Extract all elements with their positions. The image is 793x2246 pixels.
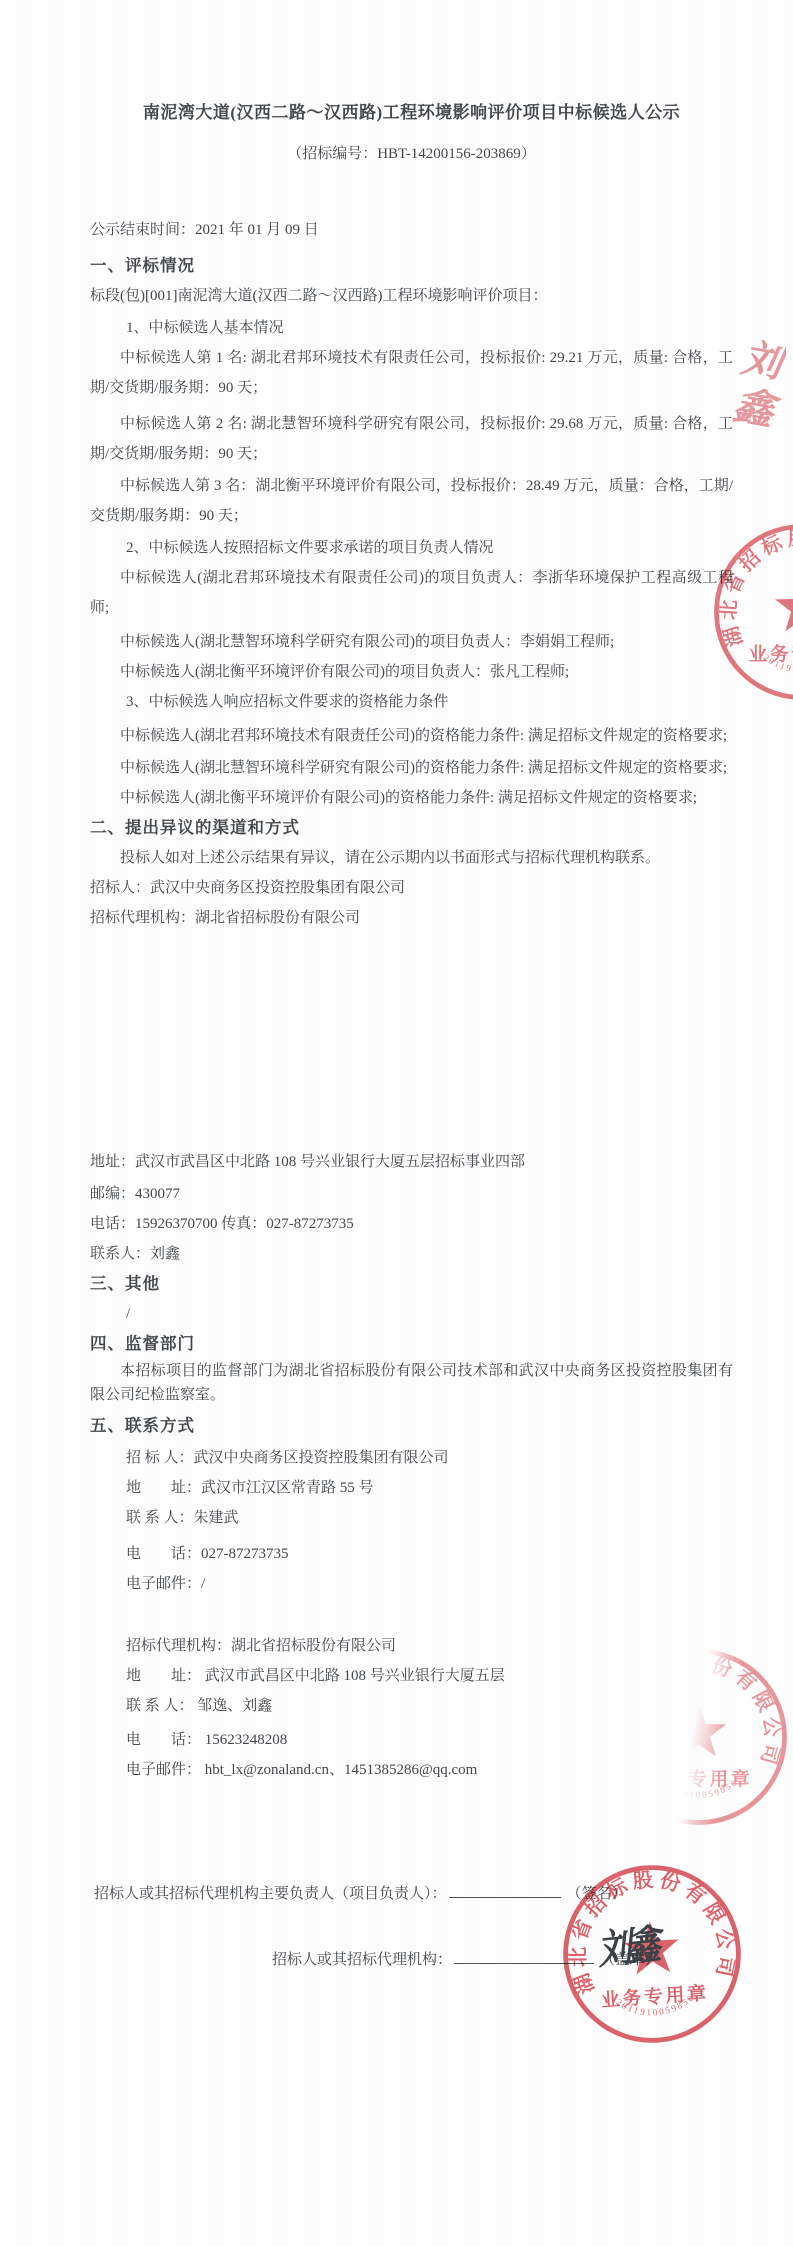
section-2-heading: 二、提出异议的渠道和方式 [90,813,733,843]
section-3-content: / [90,1299,733,1329]
svg-text:湖北省招标股份有限公司: 湖北省招标股份有限公司 [717,527,793,650]
sign-line-label: 招标人或其招标代理机构主要负责人（项目负责人）： [94,1886,447,1902]
qualification-1: 中标候选人(湖北君邦环境技术有限责任公司)的资格能力条件: 满足招标文件规定的资… [90,721,733,751]
publicity-end-time: 公示结束时间：2021 年 01 月 09 日 [90,215,733,245]
item-3-heading: 3、中标候选人响应招标文件要求的资格能力条件 [90,687,733,717]
candidate-3: 中标候选人第 3 名：湖北衡平环境评价有限公司，投标报价：28.49 万元，质量… [90,471,733,531]
seal-company-text: 湖北省招标股份有限公司 [717,527,793,650]
candidate-1: 中标候选人第 1 名: 湖北君邦环境技术有限责任公司，投标报价: 29.21 万… [90,343,733,403]
section-4-heading: 四、监督部门 [90,1329,733,1359]
contact-tenderer-name: 招 标 人：武汉中央商务区投资控股集团有限公司 [90,1443,733,1473]
agency-postcode-line: 邮编：430077 [90,1179,733,1209]
tenderer-line: 招标人：武汉中央商务区投资控股集团有限公司 [90,873,733,903]
agency-address-line: 地址：武汉市武昌区中北路 108 号兴业银行大厦五层招标事业四部 [90,1147,733,1177]
agency-phone-fax-line: 电话：15926370700 传真：027-87273735 [90,1209,733,1239]
candidate-2: 中标候选人第 2 名: 湖北慧智环境科学研究有限公司，投标报价: 29.68 万… [90,409,733,469]
tender-number: （招标编号：HBT-14200156-203869） [90,141,733,167]
qualification-3: 中标候选人(湖北衡平环境评价有限公司)的资格能力条件: 满足招标文件规定的资格要… [90,783,733,813]
signature-blank [449,1883,561,1898]
company-seal-partial-bottom: 湖北省招标股份有限公司 业务专用章 42011910059850 [604,1642,793,1832]
item-1-heading: 1、中标候选人基本情况 [90,313,733,343]
project-manager-2: 中标候选人(湖北慧智环境科学研究有限公司)的项目负责人：李娟娟工程师; [90,627,733,657]
agency-line: 招标代理机构：湖北省招标股份有限公司 [90,903,733,933]
contact-tenderer-email: 电子邮件：/ [90,1569,733,1599]
project-manager-3: 中标候选人(湖北衡平环境评价有限公司)的项目负责人：张凡工程师; [90,657,733,687]
contact-tenderer-phone: 电 话：027-87273735 [90,1539,733,1569]
document-page: 南泥湾大道(汉西二路～汉西路)工程环境影响评价项目中标候选人公示 （招标编号：H… [0,0,793,2246]
item-2-heading: 2、中标候选人按照招标文件要求承诺的项目负责人情况 [90,533,733,563]
doc-title: 南泥湾大道(汉西二路～汉西路)工程环境影响评价项目中标候选人公示 [90,100,733,126]
project-manager-1: 中标候选人(湖北君邦环境技术有限责任公司)的项目负责人：李浙华环境保护工程高级工… [90,563,733,623]
contact-tenderer-address: 地 址：武汉市江汉区常青路 55 号 [90,1473,733,1503]
contact-tenderer-person: 联 系 人：朱建武 [90,1503,733,1533]
section-5-heading: 五、联系方式 [90,1411,733,1441]
seal-line-label: 招标人或其招标代理机构： [272,1952,452,1968]
agency-contact-line: 联系人：刘鑫 [90,1239,733,1269]
company-seal-partial-top: 湖北省招标股份有限公司 业务专用章 42011910059850 [707,517,793,707]
lot-line: 标段(包)[001]南泥湾大道(汉西二路～汉西路)工程环境影响评价项目： [90,281,733,311]
objection-notice: 投标人如对上述公示结果有异议，请在公示期内以书面形式与招标代理机构联系。 [90,843,733,873]
section-1-heading: 一、评标情况 [90,251,733,281]
supervision-body: 本招标项目的监督部门为湖北省招标股份有限公司技术部和武汉中央商务区投资控股集团有… [90,1359,733,1407]
handwritten-signature: 刘鑫 [594,1913,657,1976]
qualification-2: 中标候选人(湖北慧智环境科学研究有限公司)的资格能力条件: 满足招标文件规定的资… [90,753,733,783]
section-3-heading: 三、其他 [90,1269,733,1299]
